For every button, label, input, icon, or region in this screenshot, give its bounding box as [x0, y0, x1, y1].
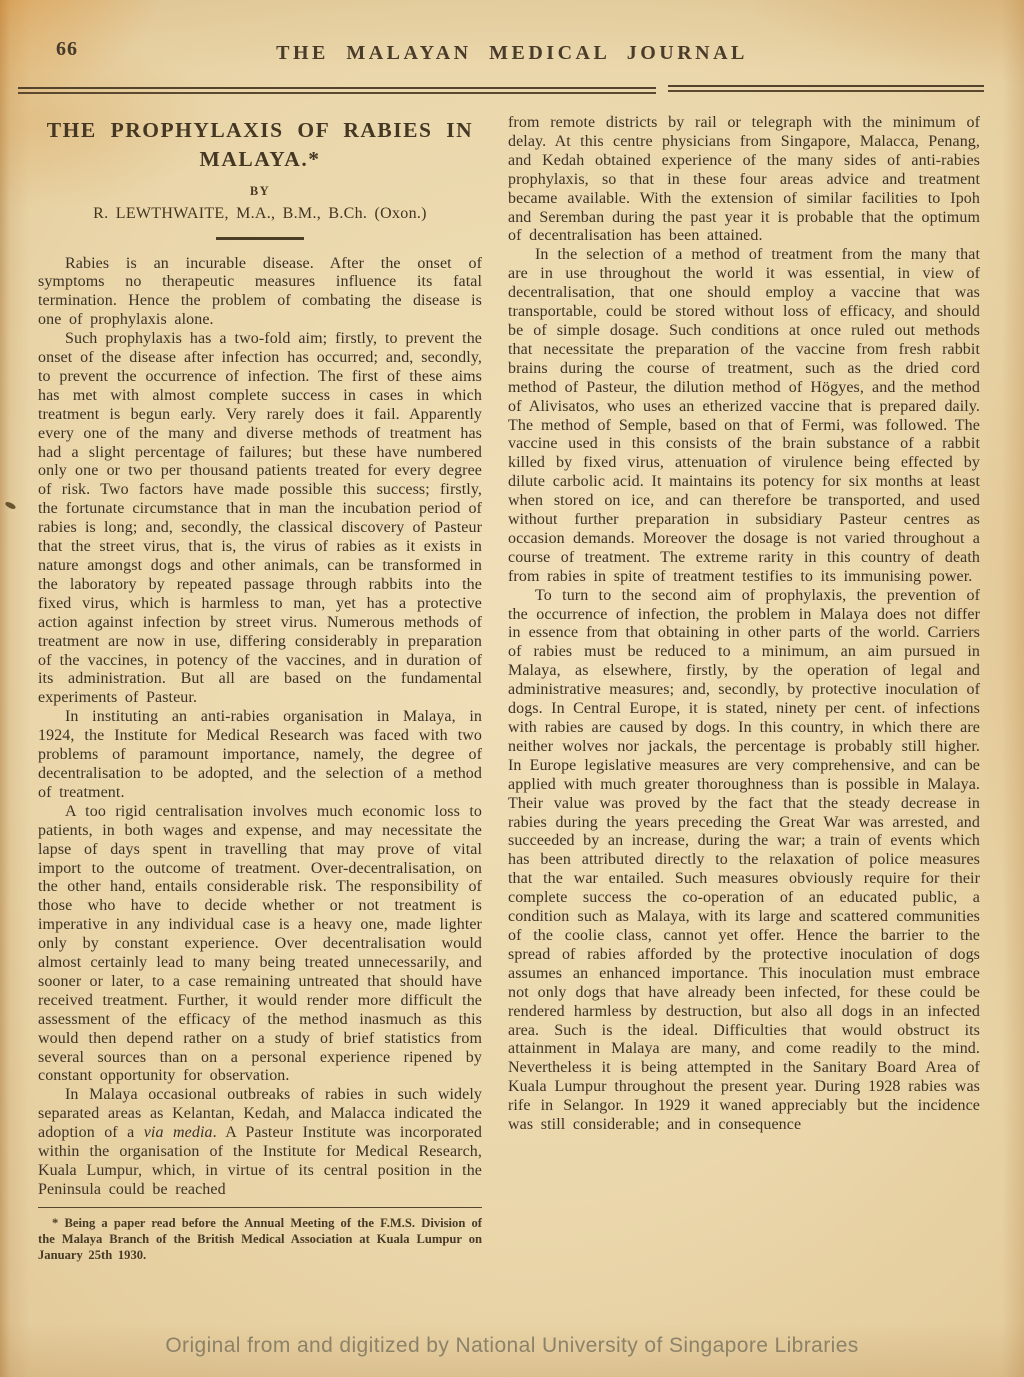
digitization-watermark: Original from and digitized by National …	[0, 1334, 1024, 1358]
footnote-rule	[38, 1207, 482, 1208]
header-rule-left-segment	[18, 87, 656, 94]
scanned-journal-page: 66 THE MALAYAN MEDICAL JOURNAL THE PROPH…	[0, 0, 1024, 1377]
paragraph-centralisation: A too rigid centralisation involves much…	[38, 803, 482, 1087]
journal-title: THE MALAYAN MEDICAL JOURNAL	[0, 0, 1024, 65]
title-separator-rule	[216, 237, 304, 240]
paragraph-rabies-incurable: Rabies is an incurable disease. After th…	[38, 255, 482, 331]
article-title: THE PROPHYLAXIS OF RABIES IN MALAYA.*	[38, 116, 482, 174]
footnote: * Being a paper read before the Annual M…	[38, 1207, 482, 1264]
right-column: from remote districts by rail or telegra…	[508, 114, 980, 1263]
header-rule-right-segment	[668, 85, 984, 92]
two-column-body: THE PROPHYLAXIS OF RABIES IN MALAYA.* BY…	[38, 114, 980, 1263]
paragraph-method-selection: In the selection of a method of treatmen…	[508, 246, 980, 586]
paragraph-remote-districts: from remote districts by rail or telegra…	[508, 114, 980, 246]
paragraph-via-media: In Malaya occasional outbreaks of rabies…	[38, 1086, 482, 1199]
author-name: R. LEWTHWAITE, M.A., B.M., B.Ch. (Oxon.)	[38, 205, 482, 223]
byline-label: BY	[38, 184, 482, 199]
left-column: THE PROPHYLAXIS OF RABIES IN MALAYA.* BY…	[38, 114, 482, 1263]
ink-fleck-artifact	[4, 501, 16, 511]
header-double-rule	[18, 87, 984, 94]
footnote-text: * Being a paper read before the Annual M…	[38, 1215, 482, 1264]
paragraph-prophylaxis-aims: Such prophylaxis has a two-fold aim; fir…	[38, 330, 482, 708]
paragraph-instituting-organisation: In instituting an anti-rabies organisati…	[38, 708, 482, 803]
page-number: 66	[56, 38, 78, 61]
page-header: 66 THE MALAYAN MEDICAL JOURNAL	[0, 0, 1024, 78]
paragraph-second-aim: To turn to the second aim of prophylaxis…	[508, 587, 980, 1135]
italic-phrase-via-media: via media	[144, 1124, 213, 1141]
